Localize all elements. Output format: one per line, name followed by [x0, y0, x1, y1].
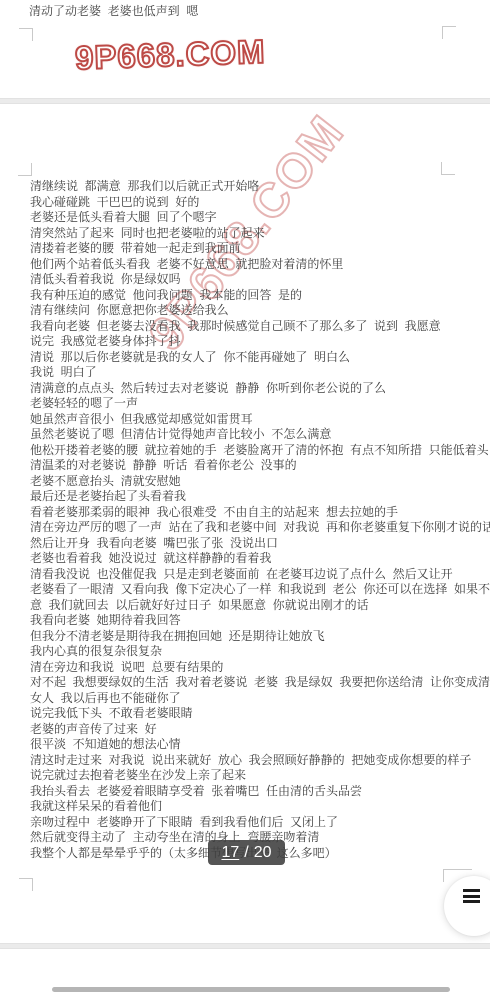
text-line: 我内心真的很复杂很复杂 [30, 644, 462, 660]
text-line: 我心碰碰跳 干巴巴的说到 好的 [30, 195, 462, 211]
loading-placeholder-bar [52, 987, 450, 992]
text-line: 清看我没说 也没催促我 只是走到老婆面前 在老婆耳边说了点什么 然后又让开 [30, 567, 462, 583]
text-line: 清低头看着我说 你是绿奴吗 [30, 272, 462, 288]
text-line: 他松开搂着老婆的腰 就拉着她的手 老婆脸离开了清的怀抱 有点不知所措 只能低着头 [30, 443, 462, 459]
page-indicator-badge: 17 / 20 [208, 840, 285, 865]
text-line: 清说 那以后你老婆就是我的女人了 你不能再碰她了 明白么 [30, 350, 462, 366]
text-line: 意 我们就回去 以后就好好过日子 如果愿意 你就说出刚才的话 [30, 598, 462, 614]
corner-mark-icon [19, 878, 33, 891]
text-line: 清有继续问 你愿意把你老婆送给我么 [30, 303, 462, 319]
text-line: 清在旁边和我说 说吧 总要有结果的 [30, 660, 462, 676]
total-page-number: 20 [254, 844, 272, 862]
text-line: 说完 我感觉老婆身体抖了抖 [30, 334, 462, 350]
menu-fab-button[interactable] [444, 876, 490, 936]
text-line: 对不起 我想要绿奴的生活 我对着老婆说 老婆 我是绿奴 我要把你送给清 让你变成… [30, 675, 462, 691]
text-line: 亲吻过程中 老婆睁开了下眼睛 看到我看他们后 又闭上了 [30, 815, 462, 831]
page-separator [0, 943, 490, 949]
text-line: 清继续说 都满意 那我们以后就正式开始咯 [30, 179, 462, 195]
text-line: 很平淡 不知道她的想法心情 [30, 737, 462, 753]
text-line: 清这时走过来 对我说 说出来就好 放心 我会照顾好静静的 把她变成你想要的样子 [30, 753, 462, 769]
text-line: 我有种压迫的感觉 他问我问题 我本能的回答 是的 [30, 288, 462, 304]
page-separator [0, 98, 490, 104]
text-line: 然后让开身 我看向老婆 嘴巴张了张 没说出口 [30, 536, 462, 552]
text-line: 清搂着老婆的腰 带着她一起走到我面前 [30, 241, 462, 257]
site-watermark-stamp: 9P668.COM [74, 33, 266, 78]
text-line: 但我分不清老婆是期待我在拥抱回她 还是期待让她放飞 [30, 629, 462, 645]
corner-mark-icon [18, 163, 32, 176]
text-line: 我看向老婆 但老婆去没看我 我那时候感觉自己顾不了那么多了 说到 我愿意 [30, 319, 462, 335]
text-line: 老婆轻轻的嗯了一声 [30, 396, 462, 412]
text-line: 他们两个站着低头看我 老婆不好意思 就把脸对着清的怀里 [30, 257, 462, 273]
reader-viewport: { "reader": { "prev_page": { "last_line"… [0, 0, 490, 1000]
current-page-number: 17 [221, 844, 239, 862]
text-line: 老婆不愿意抬头 清就安慰她 [30, 474, 462, 490]
text-line: 最后还是老婆抬起了头看着我 [30, 489, 462, 505]
text-line: 说完我低下头 不敢看老婆眼睛 [30, 706, 462, 722]
text-line: 我就这样呆呆的看着他们 [30, 799, 462, 815]
corner-mark-icon [19, 28, 33, 41]
text-line: 清满意的点点头 然后转过去对老婆说 静静 你听到你老公说的了么 [30, 381, 462, 397]
text-line: 我看向老婆 她期待着我回答 [30, 613, 462, 629]
text-line: 老婆看了一眼清 又看向我 像下定决心了一样 和我说到 老公 你还可以在选择 如果… [30, 582, 462, 598]
text-line: 老婆也看着我 她没说过 就这样静静的看着我 [30, 551, 462, 567]
text-line: 清在旁边严厉的嗯了一声 站在了我和老婆中间 对我说 再和你老婆重复下你刚才说的话 [30, 520, 462, 536]
text-line: 清突然站了起来 同时也把老婆啦的站了起来 [30, 226, 462, 242]
hamburger-menu-icon [463, 889, 480, 906]
text-line: 老婆还是低头看着大腿 回了个嗯字 [30, 210, 462, 226]
text-line: 虽然老婆说了嗯 但清估计觉得她声音比较小 不怎么满意 [30, 427, 462, 443]
text-line: 看着老婆那柔弱的眼神 我心很难受 不由自主的站起来 想去拉她的手 [30, 505, 462, 521]
previous-page-last-line: 清动了动老婆 老婆也低声到 嗯 [29, 4, 198, 19]
corner-mark-icon [441, 162, 455, 175]
text-line: 说完就过去抱着老婆坐在沙发上亲了起来 [30, 768, 462, 784]
page-divider: / [244, 844, 248, 862]
corner-mark-icon [442, 26, 456, 39]
text-line: 女人 我以后再也不能碰你了 [30, 691, 462, 707]
page-text: 清继续说 都满意 那我们以后就正式开始咯我心碰碰跳 干巴巴的说到 好的老婆还是低… [30, 179, 462, 861]
text-line: 她虽然声音很小 但我感觉却感觉如雷贯耳 [30, 412, 462, 428]
text-line: 老婆的声音传了过来 好 [30, 722, 462, 738]
text-line: 清温柔的对老婆说 静静 听话 看着你老公 没事的 [30, 458, 462, 474]
text-line: 我说 明白了 [30, 365, 462, 381]
text-line: 我抬头看去 老婆爱着眼睛享受着 张着嘴巴 任由清的舌头品尝 [30, 784, 462, 800]
